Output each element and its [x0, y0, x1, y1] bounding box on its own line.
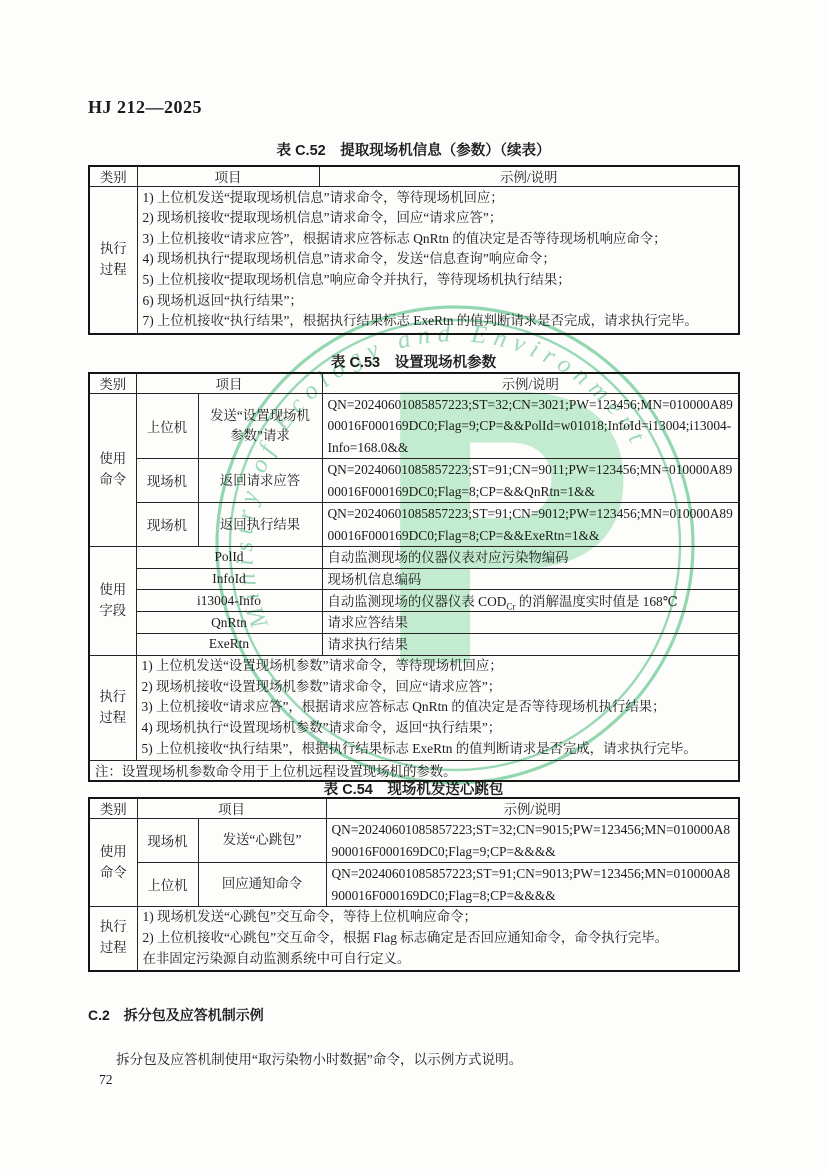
item-cell: 返回请求应答 — [198, 459, 322, 503]
process-step: 2) 现场机接收“提取现场机信息”请求命令，回应“请求应答”； — [143, 208, 734, 229]
field-name: PolId — [136, 547, 322, 569]
table-row: 现场机 返回请求应答 QN=20240601085857223;ST=91;CN… — [89, 459, 739, 503]
process-step: 1) 现场机发送“心跳包”交互命令，等待上位机响应命令； — [143, 907, 734, 928]
row-label: 使用 命令 — [89, 394, 136, 547]
table-row: 类别 项目 示例/说明 — [89, 373, 739, 394]
example-cell: QN=20240601085857223;ST=32;CN=3021;PW=12… — [322, 394, 739, 459]
process-steps-cell: 1) 上位机发送“提取现场机信息”请求命令，等待现场机回应； 2) 现场机接收“… — [137, 187, 739, 334]
field-name: InfoId — [136, 568, 322, 590]
role-cell: 现场机 — [136, 503, 198, 547]
field-name: QnRtn — [136, 612, 322, 634]
section-heading: C.2 拆分包及应答机制示例 — [88, 1005, 264, 1025]
process-step: 7) 上位机接收“执行结果”，根据执行结果标志 ExeRtn 的值判断请求是否完… — [143, 311, 734, 332]
row-label: 使用 命令 — [89, 819, 137, 907]
col-header-category: 类别 — [89, 166, 137, 187]
table-row: i13004-Info 自动监测现场的仪器仪表 CODCr 的消解温度实时值是 … — [89, 590, 739, 612]
example-cell: QN=20240601085857223;ST=91;CN=9011;PW=12… — [322, 459, 739, 503]
example-cell: QN=20240601085857223;ST=91;CN=9012;PW=12… — [322, 503, 739, 547]
item-cell: 发送“心跳包” — [198, 819, 326, 863]
item-cell: 发送“设置现场机参数”请求 — [198, 394, 322, 459]
col-header-item: 项目 — [137, 798, 326, 819]
table-c54: 类别 项目 示例/说明 使用 命令 现场机 发送“心跳包” QN=2024060… — [88, 797, 740, 972]
table-row: 执行 过程 1) 上位机发送“提取现场机信息”请求命令，等待现场机回应； 2) … — [89, 187, 739, 334]
table-c52: 类别 项目 示例/说明 执行 过程 1) 上位机发送“提取现场机信息”请求命令，… — [88, 165, 740, 335]
process-step: 2) 现场机接收“设置现场机参数”请求命令，回应“请求应答”； — [142, 677, 734, 698]
table-row: 使用 命令 上位机 发送“设置现场机参数”请求 QN=2024060108585… — [89, 394, 739, 459]
field-desc: 自动监测现场的仪器仪表对应污染物编码 — [322, 547, 739, 569]
page-number: 72 — [99, 1072, 113, 1088]
field-name: i13004-Info — [136, 590, 322, 612]
process-step: 4) 现场机执行“设置现场机参数”请求命令，返回“执行结果”； — [142, 718, 734, 739]
table-row: 上位机 回应通知命令 QN=20240601085857223;ST=91;CN… — [89, 863, 739, 907]
table-row: 现场机 返回执行结果 QN=20240601085857223;ST=91;CN… — [89, 503, 739, 547]
table-row: 使用 字段 PolId 自动监测现场的仪器仪表对应污染物编码 — [89, 547, 739, 569]
field-desc: 自动监测现场的仪器仪表 CODCr 的消解温度实时值是 168℃ — [322, 590, 739, 612]
field-desc: 现场机信息编码 — [322, 568, 739, 590]
table-c54-title: 表 C.54 现场机发送心跳包 — [0, 778, 827, 799]
table-c53-title: 表 C.53 设置现场机参数 — [0, 351, 827, 372]
table-row: InfoId 现场机信息编码 — [89, 568, 739, 590]
row-label: 执行 过程 — [89, 187, 137, 334]
process-step: 2) 上位机接收“心跳包”交互命令，根据 Flag 标志确定是否回应通知命令，命… — [143, 928, 734, 949]
field-name: ExeRtn — [136, 634, 322, 656]
process-steps-cell: 1) 现场机发送“心跳包”交互命令，等待上位机响应命令； 2) 上位机接收“心跳… — [137, 907, 739, 971]
example-cell: QN=20240601085857223;ST=32;CN=9015;PW=12… — [326, 819, 739, 863]
process-step: 5) 上位机接收“提取现场机信息”响应命令并执行，等待现场机执行结果； — [143, 270, 734, 291]
role-cell: 现场机 — [137, 819, 198, 863]
table-row: 类别 项目 示例/说明 — [89, 166, 739, 187]
process-step: 3) 上位机接收“请求应答”，根据请求应答标志 QnRtn 的值决定是否等待现场… — [143, 229, 734, 250]
table-row: 执行 过程 1) 现场机发送“心跳包”交互命令，等待上位机响应命令； 2) 上位… — [89, 907, 739, 971]
table-row: 类别 项目 示例/说明 — [89, 798, 739, 819]
example-cell: QN=20240601085857223;ST=91;CN=9013;PW=12… — [326, 863, 739, 907]
col-header-example: 示例/说明 — [326, 798, 739, 819]
table-row: ExeRtn 请求执行结果 — [89, 634, 739, 656]
doc-code: HJ 212—2025 — [88, 97, 202, 118]
field-desc: 请求执行结果 — [322, 634, 739, 656]
col-header-example: 示例/说明 — [319, 166, 739, 187]
row-label: 使用 字段 — [89, 547, 136, 656]
document-page: P Ministry of Ecology and Environment HJ… — [0, 0, 827, 1170]
item-cell: 返回执行结果 — [198, 503, 322, 547]
item-cell: 回应通知命令 — [198, 863, 326, 907]
process-step: 3) 上位机接收“请求应答”，根据请求应答标志 QnRtn 的值决定是否等待现场… — [142, 697, 734, 718]
process-step: 5) 上位机接收“执行结果”，根据执行结果标志 ExeRtn 的值判断请求是否完… — [142, 739, 734, 760]
process-step: 6) 现场机返回“执行结果”； — [143, 291, 734, 312]
process-step: 在非固定污染源自动监测系统中可自行定义。 — [143, 949, 734, 970]
process-step: 1) 上位机发送“提取现场机信息”请求命令，等待现场机回应； — [143, 188, 734, 209]
section-paragraph: 拆分包及应答机制使用“取污染物小时数据”命令，以示例方式说明。 — [116, 1048, 522, 1068]
role-cell: 上位机 — [136, 394, 198, 459]
role-cell: 上位机 — [137, 863, 198, 907]
row-label: 执行 过程 — [89, 655, 136, 760]
col-header-category: 类别 — [89, 798, 137, 819]
table-row: QnRtn 请求应答结果 — [89, 612, 739, 634]
process-step: 1) 上位机发送“设置现场机参数”请求命令，等待现场机回应； — [142, 656, 734, 677]
table-c53: 类别 项目 示例/说明 使用 命令 上位机 发送“设置现场机参数”请求 QN=2… — [88, 372, 740, 782]
col-header-item: 项目 — [137, 166, 319, 187]
process-steps-cell: 1) 上位机发送“设置现场机参数”请求命令，等待现场机回应； 2) 现场机接收“… — [136, 655, 739, 760]
row-label: 执行 过程 — [89, 907, 137, 971]
col-header-category: 类别 — [89, 373, 136, 394]
table-row: 使用 命令 现场机 发送“心跳包” QN=20240601085857223;S… — [89, 819, 739, 863]
table-c52-title: 表 C.52 提取现场机信息（参数）（续表） — [0, 139, 827, 160]
role-cell: 现场机 — [136, 459, 198, 503]
col-header-item: 项目 — [136, 373, 322, 394]
process-step: 4) 现场机执行“提取现场机信息”请求命令，发送“信息查询”响应命令； — [143, 249, 734, 270]
col-header-example: 示例/说明 — [322, 373, 739, 394]
table-row: 执行 过程 1) 上位机发送“设置现场机参数”请求命令，等待现场机回应； 2) … — [89, 655, 739, 760]
field-desc: 请求应答结果 — [322, 612, 739, 634]
